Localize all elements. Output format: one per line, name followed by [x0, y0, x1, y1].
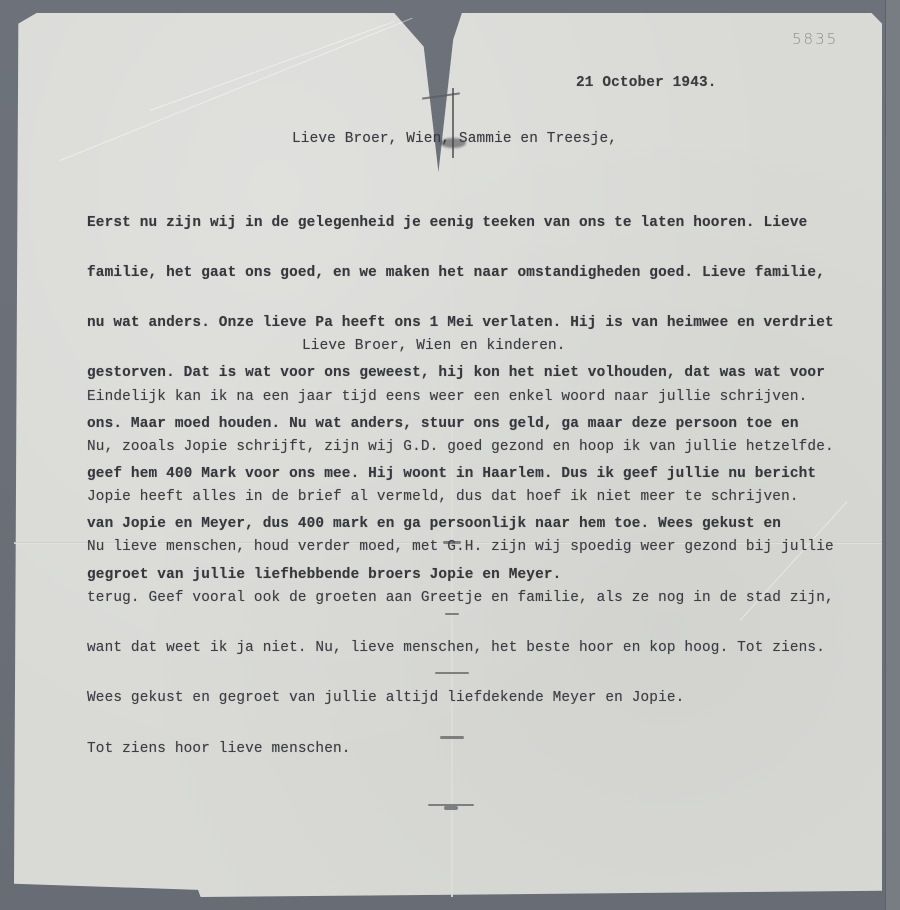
- letter-date: 21 October 1943.: [576, 75, 717, 92]
- staple-hole-mark: [444, 806, 458, 810]
- body-line: Wees gekust en gegroet van jullie altijd…: [87, 690, 834, 707]
- body-line: Eerst nu zijn wij in de gelegenheid je e…: [87, 215, 834, 232]
- body-line: Tot ziens hoor lieve menschen.: [87, 741, 834, 758]
- body-line: familie, het gaat ons goed, en we maken …: [87, 265, 834, 282]
- body-line: nu wat anders. Onze lieve Pa heeft ons 1…: [87, 315, 834, 332]
- body-line: Eindelijk kan ik na een jaar tijd eens w…: [87, 389, 834, 406]
- archive-number: 5835: [792, 30, 838, 48]
- body-line: Nu, zooals Jopie schrijft, zijn wij G.D.…: [87, 439, 834, 456]
- scan-edge-strip: [885, 0, 900, 910]
- second-letter-body: Eindelijk kan ik na een jaar tijd eens w…: [87, 355, 834, 774]
- second-salutation: Lieve Broer, Wien en kinderen.: [302, 338, 566, 355]
- body-line: want dat weet ik ja niet. Nu, lieve mens…: [87, 640, 834, 657]
- body-line: Jopie heeft alles in de brief al vermeld…: [87, 489, 834, 506]
- ink-smudge: [440, 138, 466, 148]
- body-line: Nu lieve menschen, houd verder moed, met…: [87, 539, 834, 556]
- body-line: terug. Geef vooral ook de groeten aan Gr…: [87, 590, 834, 607]
